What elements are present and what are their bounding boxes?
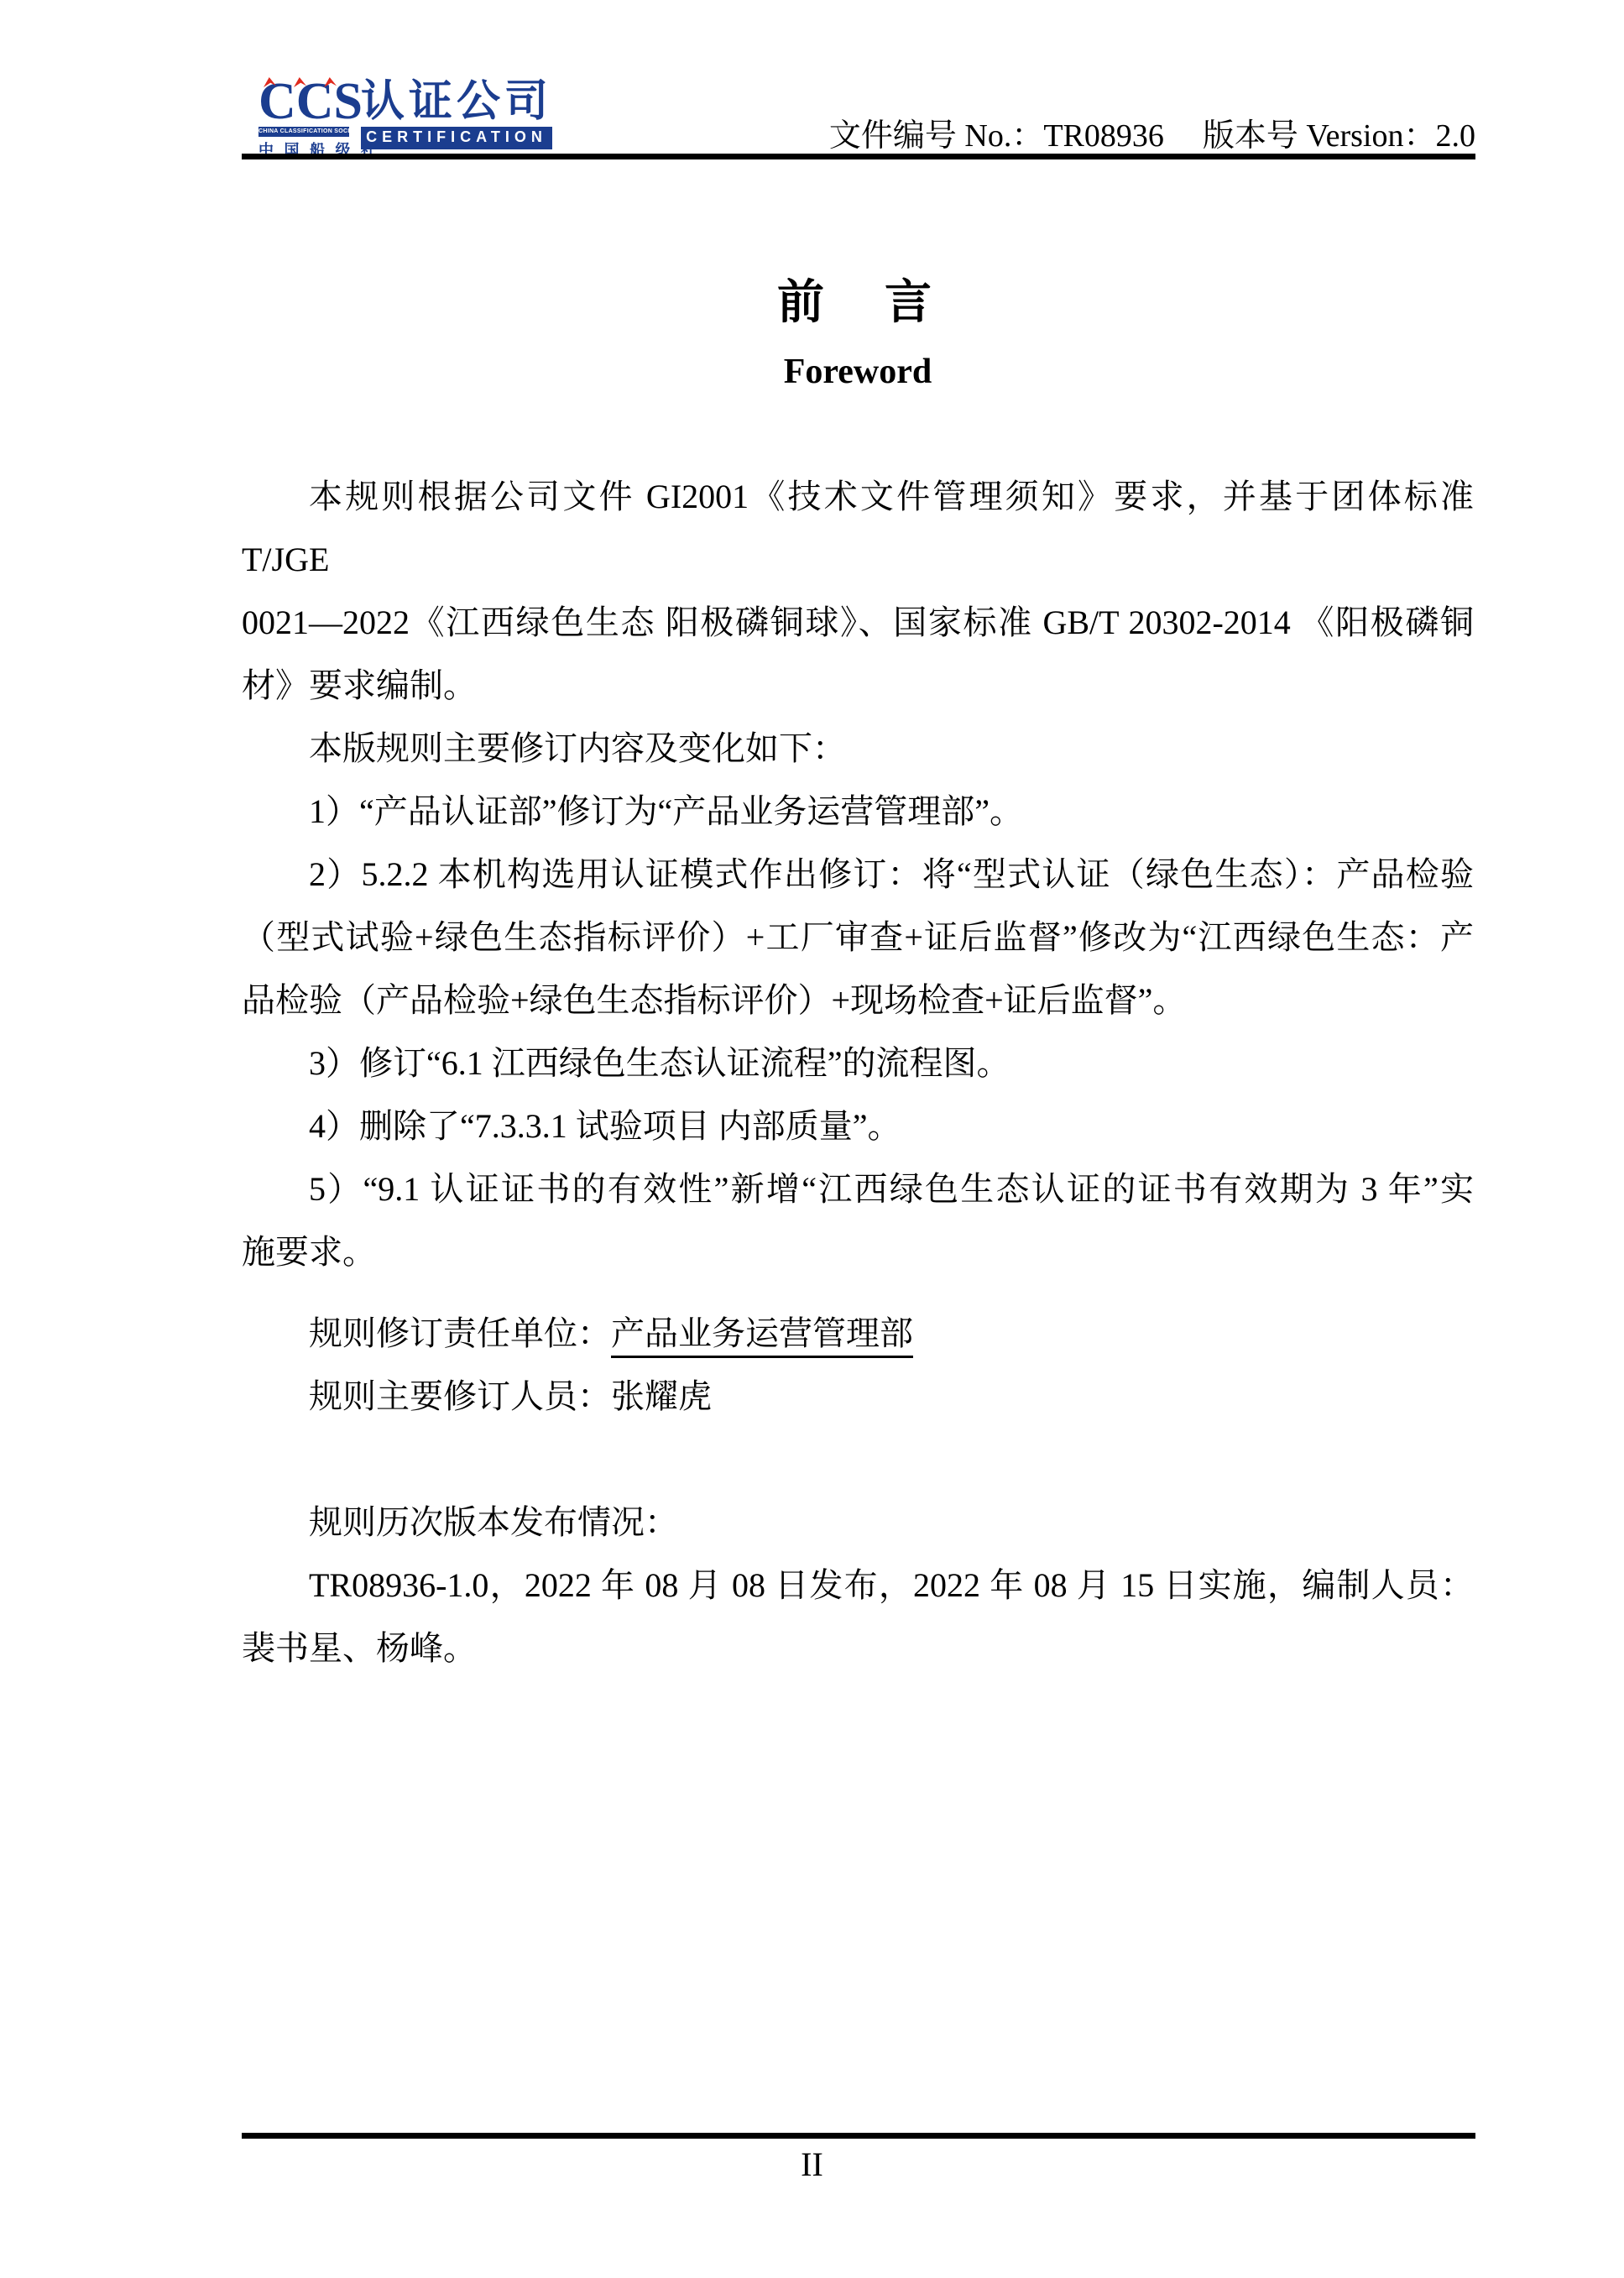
revision-staff-value: 张耀虎	[611, 1377, 712, 1415]
body-line: 2）5.2.2 本机构选用认证模式作出修订：将“型式认证（绿色生态）：产品检验	[242, 843, 1474, 906]
page-content: 前 言 Foreword 本规则根据公司文件 GI2001《技术文件管理须知》要…	[242, 0, 1474, 1680]
body-line: 1）“产品认证部”修订为“产品业务运营管理部”。	[242, 780, 1474, 843]
page-number: II	[0, 2140, 1624, 2190]
body-line: 5）“9.1 认证证书的有效性”新增“江西绿色生态认证的证书有效期为 3 年”实	[242, 1157, 1474, 1220]
revision-unit-line: 规则修订责任单位：产品业务运营管理部	[242, 1302, 1474, 1365]
body-line: 材》要求编制。	[242, 654, 1474, 717]
document-page: CCS CHINA CLASSIFICATION SOCIETY 中 国 船 级…	[0, 0, 1624, 2278]
body-line: 本版规则主要修订内容及变化如下：	[242, 717, 1474, 780]
version-history-block: 规则历次版本发布情况：TR08936-1.0，2022 年 08 月 08 日发…	[242, 1491, 1474, 1680]
revision-staff-label: 规则主要修订人员：	[309, 1377, 611, 1415]
body-line: （型式试验+绿色生态指标评价）+工厂审查+证后监督”修改为“江西绿色生态：产	[242, 906, 1474, 969]
revision-info-block: 规则修订责任单位：产品业务运营管理部 规则主要修订人员：张耀虎	[242, 1302, 1474, 1428]
body-line: 4）删除了“7.3.3.1 试验项目 内部质量”。	[242, 1095, 1474, 1157]
footer-rule	[242, 2133, 1475, 2139]
revision-unit-label: 规则修订责任单位：	[309, 1314, 611, 1352]
body-line: 施要求。	[242, 1220, 1474, 1283]
body-line: 0021—2022《江西绿色生态 阳极磷铜球》、国家标准 GB/T 20302-…	[242, 591, 1474, 654]
history-line: 规则历次版本发布情况：	[242, 1491, 1474, 1554]
history-line: 裴书星、杨峰。	[242, 1617, 1474, 1680]
page-title: 前 言	[242, 0, 1474, 329]
page-title-en: Foreword	[242, 353, 1474, 391]
history-line: TR08936-1.0，2022 年 08 月 08 日发布，2022 年 08…	[242, 1554, 1474, 1617]
body-line: 本规则根据公司文件 GI2001《技术文件管理须知》要求，并基于团体标准 T/J…	[242, 465, 1474, 591]
foreword-paragraphs: 本规则根据公司文件 GI2001《技术文件管理须知》要求，并基于团体标准 T/J…	[242, 465, 1474, 1283]
body-line: 3）修订“6.1 江西绿色生态认证流程”的流程图。	[242, 1032, 1474, 1095]
revision-unit-value: 产品业务运营管理部	[611, 1314, 913, 1358]
body-line: 品检验（产品检验+绿色生态指标评价）+现场检查+证后监督”。	[242, 969, 1474, 1032]
revision-staff-line: 规则主要修订人员：张耀虎	[242, 1365, 1474, 1428]
